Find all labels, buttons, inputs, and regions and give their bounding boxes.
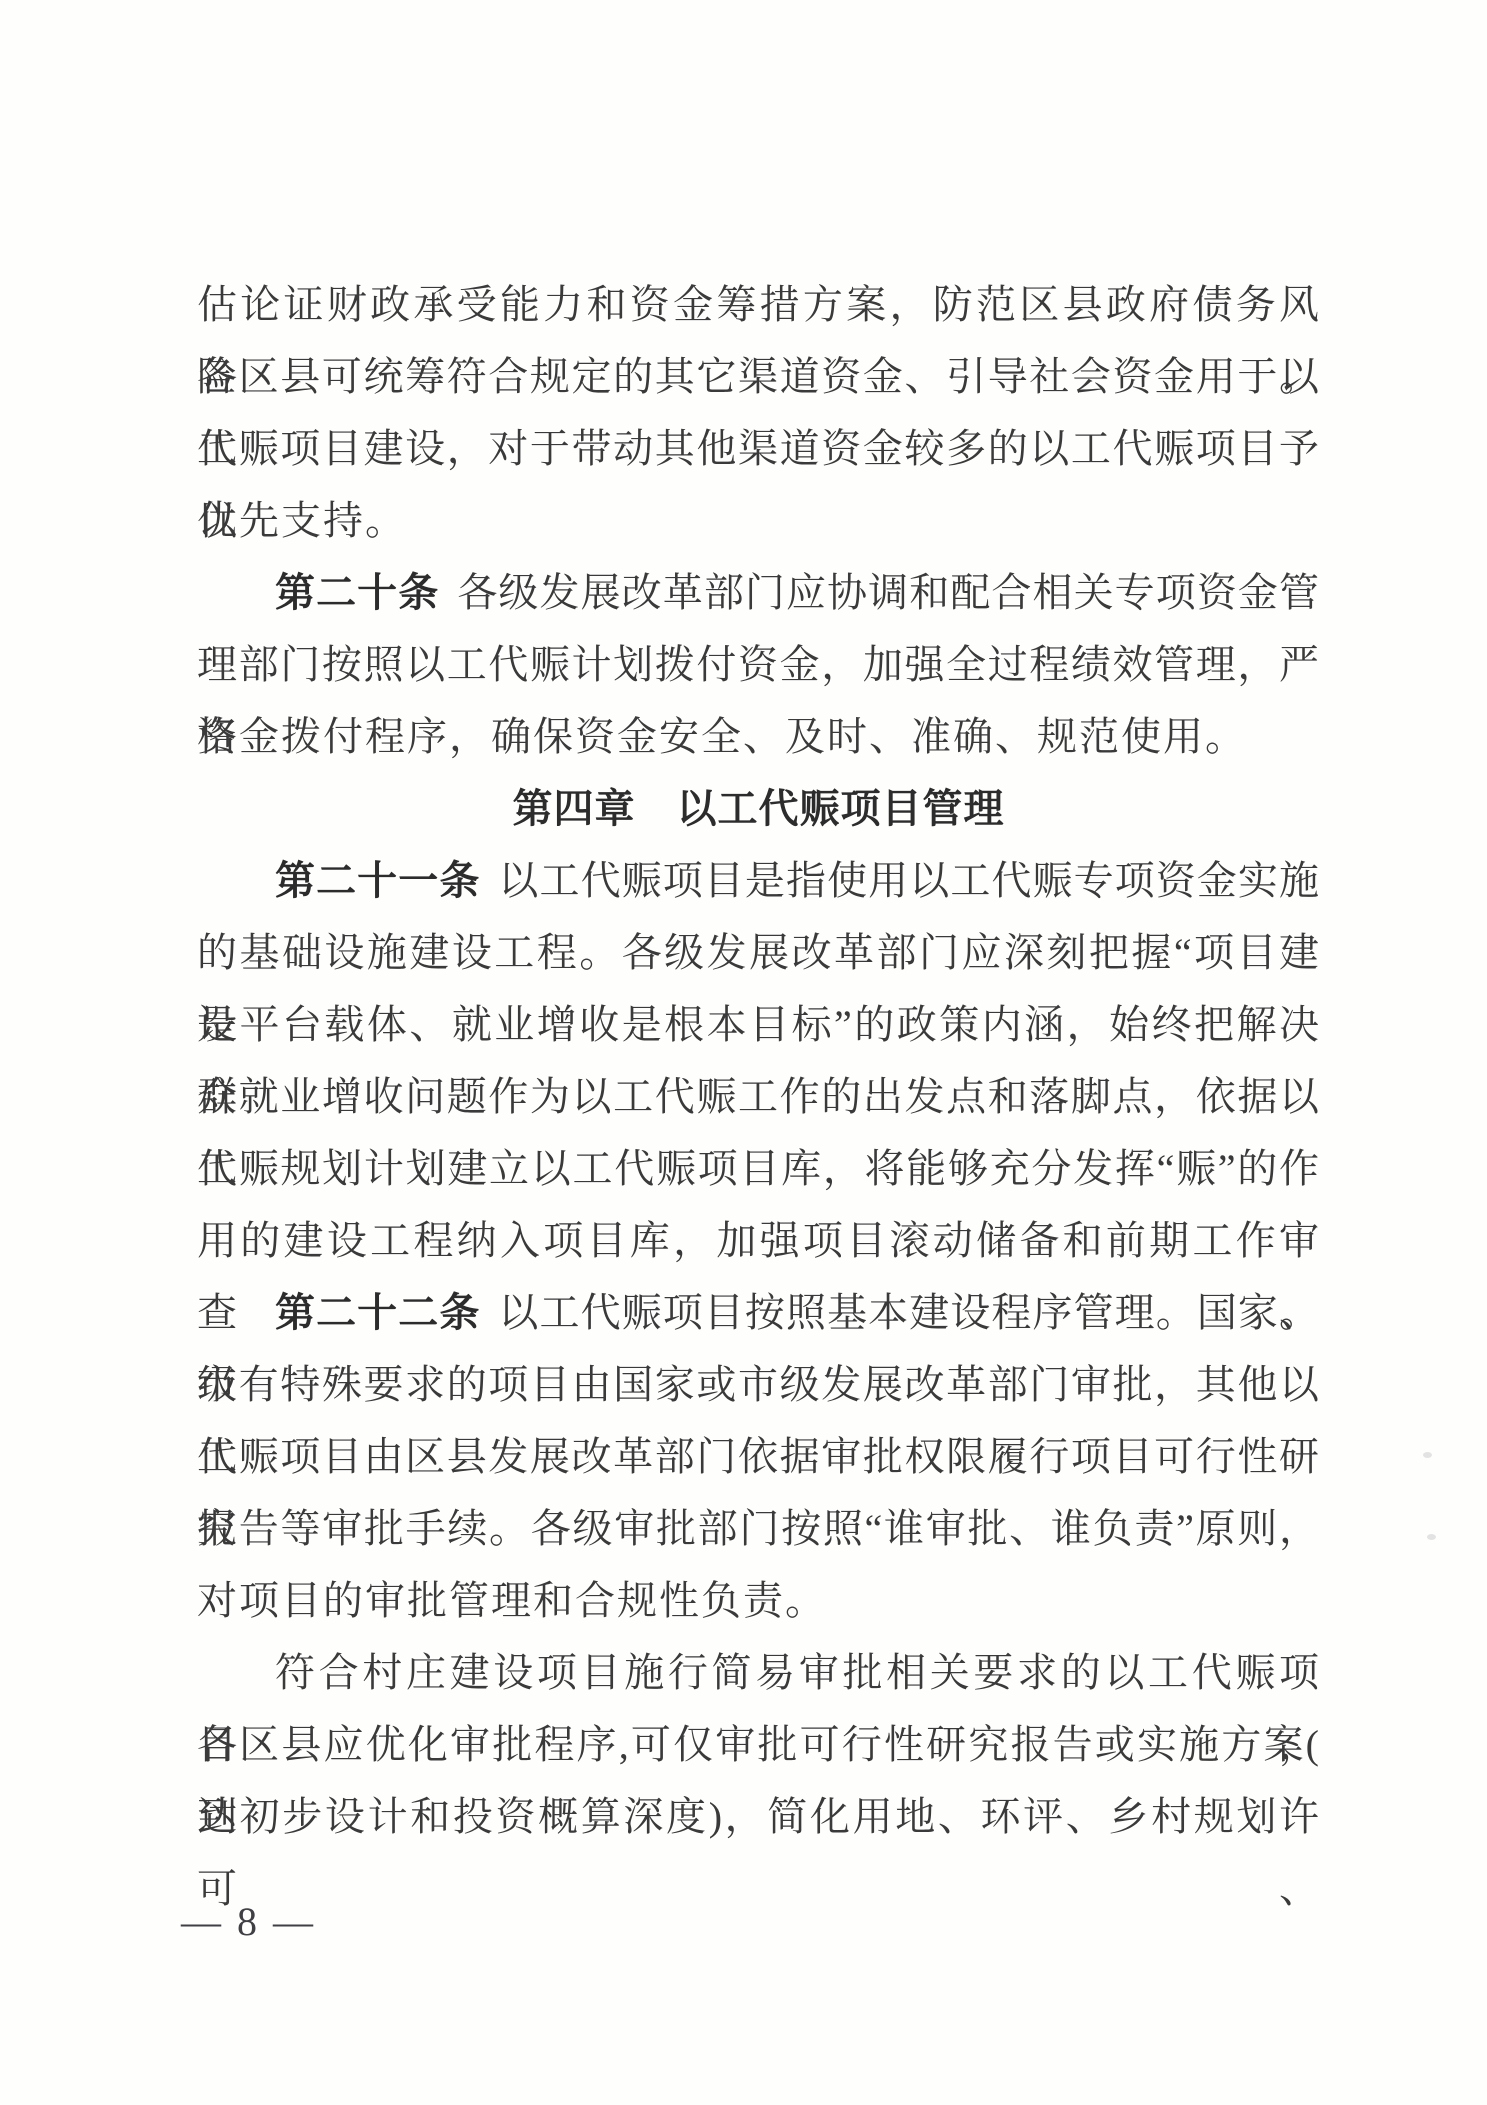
line-text: 报告等审批手续。各级审批部门按照“谁审批、谁负责”原则， (197, 1506, 1320, 1551)
line-text: 优先支持。 (197, 498, 407, 543)
page-number: — 8 — (181, 1895, 316, 1949)
text-line: 符合村庄建设项目施行简易审批相关要求的以工代赈项目， (197, 1637, 1320, 1709)
line-text: 第四章 以工代赈项目管理 (513, 787, 1005, 831)
text-line: 第二十一条以工代赈项目是指使用以工代赈专项资金实施 (197, 845, 1320, 917)
text-line: 用的建设工程纳入项目库，加强项目滚动储备和前期工作审查。 (197, 1205, 1320, 1277)
document-page: 估论证财政承受能力和资金筹措方案，防范区县政府债务风险。各区县可统筹符合规定的其… (0, 0, 1487, 2105)
article-number: 第二十条 (275, 571, 439, 615)
scan-speck-artifact (1423, 1452, 1432, 1458)
text-line: 代赈规划计划建立以工代赈项目库，将能够充分发挥“赈”的作 (197, 1133, 1320, 1205)
line-text: 以工代赈项目是指使用以工代赈专项资金实施 (498, 858, 1320, 903)
text-line: 是平台载体、就业增收是根本目标”的政策内涵，始终把解决群 (197, 989, 1320, 1061)
line-text: 各级发展改革部门应协调和配合相关专项资金管 (457, 570, 1320, 615)
article-number: 第二十一条 (275, 859, 480, 903)
text-line: 优先支持。 (197, 485, 1320, 557)
text-line: 的基础设施建设工程。各级发展改革部门应深刻把握“项目建设 (197, 917, 1320, 989)
text-line: 第二十二条以工代赈项目按照基本建设程序管理。国家、市 (197, 1277, 1320, 1349)
text-line: 级有特殊要求的项目由国家或市级发展改革部门审批，其他以工 (197, 1349, 1320, 1421)
text-line: 各区县应优化审批程序,可仅审批可行性研究报告或实施方案( 达 (197, 1709, 1320, 1781)
article-number: 第二十二条 (275, 1291, 480, 1335)
line-text: 代赈规划计划建立以工代赈项目库，将能够充分发挥“赈”的作 (197, 1146, 1320, 1191)
line-text: 资金拨付程序，确保资金安全、及时、准确、规范使用。 (197, 714, 1247, 759)
text-line: 对项目的审批管理和合规性负责。 (197, 1565, 1320, 1637)
text-line: 各区县可统筹符合规定的其它渠道资金、引导社会资金用于以工 (197, 341, 1320, 413)
text-line: 众就业增收问题作为以工代赈工作的出发点和落脚点，依据以工 (197, 1061, 1320, 1133)
document-body: 估论证财政承受能力和资金筹措方案，防范区县政府债务风险。各区县可统筹符合规定的其… (197, 269, 1320, 1853)
text-line: 理部门按照以工代赈计划拨付资金，加强全过程绩效管理，严格 (197, 629, 1320, 701)
text-line: 代赈项目建设，对于带动其他渠道资金较多的以工代赈项目予以 (197, 413, 1320, 485)
text-line: 估论证财政承受能力和资金筹措方案，防范区县政府债务风险。 (197, 269, 1320, 341)
line-text: 对项目的审批管理和合规性负责。 (197, 1578, 827, 1623)
scan-speck-artifact (1427, 1534, 1436, 1540)
text-line: 第二十条各级发展改革部门应协调和配合相关专项资金管 (197, 557, 1320, 629)
text-line: 代赈项目由区县发展改革部门依据审批权限履行项目可行性研究 (197, 1421, 1320, 1493)
chapter-heading: 第四章 以工代赈项目管理 (197, 773, 1320, 845)
text-line: 资金拨付程序，确保资金安全、及时、准确、规范使用。 (197, 701, 1320, 773)
text-line: 报告等审批手续。各级审批部门按照“谁审批、谁负责”原则， (197, 1493, 1320, 1565)
line-text: 到初步设计和投资概算深度)，简化用地、环评、乡村规划许可、 (197, 1794, 1320, 1911)
text-line: 到初步设计和投资概算深度)，简化用地、环评、乡村规划许可、 (197, 1781, 1320, 1853)
